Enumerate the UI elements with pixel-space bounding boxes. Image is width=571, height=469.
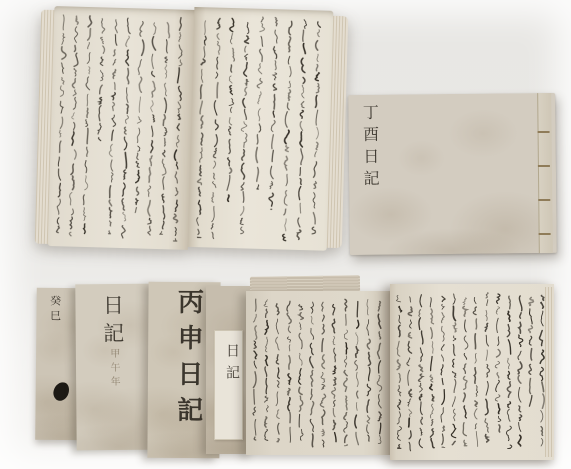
cover-year-note: 甲午年 bbox=[106, 348, 121, 390]
open-diary-book-top bbox=[35, 0, 354, 260]
handwritten-script-right bbox=[192, 13, 327, 245]
cover-title-teiyu: 丁酉日記 bbox=[358, 104, 382, 192]
photograph-of-manuscript-diaries: 丁酉日記 癸巳 日記 甲午年 丙申日記 日記 bbox=[0, 0, 571, 469]
ink-stain bbox=[52, 380, 71, 402]
cover-title-heishin: 丙申日記 bbox=[170, 288, 208, 432]
title-slip: 日記 bbox=[214, 330, 243, 440]
slip-title: 日記 bbox=[222, 343, 242, 387]
cover-title-nikki: 日記 bbox=[97, 294, 127, 350]
handwritten-script-bottom-left bbox=[250, 297, 386, 449]
handwritten-script-bottom-right bbox=[394, 290, 548, 454]
cover-title-kishi: 癸巳 bbox=[46, 295, 62, 325]
open-diary-bottom-right-page bbox=[390, 284, 554, 460]
closed-diary-teiyu: 丁酉日記 bbox=[348, 93, 557, 255]
handwritten-script-left bbox=[52, 12, 188, 244]
open-diary-top-right-page bbox=[188, 7, 334, 251]
open-diary-top-left-page bbox=[48, 6, 195, 250]
open-diary-bottom-left-page bbox=[246, 291, 392, 455]
stitched-binding bbox=[537, 93, 553, 253]
page-edges-bottom-right bbox=[545, 287, 554, 457]
